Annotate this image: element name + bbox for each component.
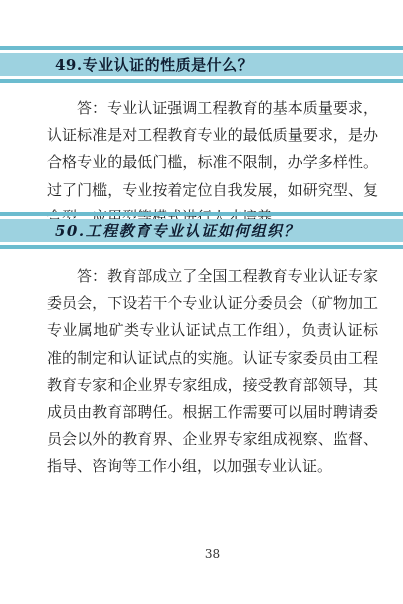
document-page: 49.专业认证的性质是什么？ 答：专业认证强调工程教育的基本质量要求，认证标准是… [0,0,403,604]
question-49-title: 49.专业认证的性质是什么？ [55,54,253,75]
header-bottom-rule [0,245,403,249]
question-50-title: 50.工程教育专业认证如何组织？ [55,220,300,241]
answer-49-paragraph: 答：专业认证强调工程教育的基本质量要求，认证标准是对工程教育专业的最低质量要求，… [47,95,378,231]
answer-50-paragraph: 答：教育部成立了全国工程教育专业认证专家委员会，下设若干个专业认证分委员会（矿物… [47,263,378,481]
page-number: 38 [205,547,220,561]
header-top-rule [0,46,403,50]
question-50-banner: 50.工程教育专业认证如何组织？ [0,219,403,242]
header-top-rule [0,212,403,216]
question-49-banner: 49.专业认证的性质是什么？ [0,53,403,76]
question-49-header: 49.专业认证的性质是什么？ [0,46,403,83]
header-bottom-rule [0,79,403,83]
page-footer: 38 [47,543,378,562]
question-50-header: 50.工程教育专业认证如何组织？ [0,212,403,249]
